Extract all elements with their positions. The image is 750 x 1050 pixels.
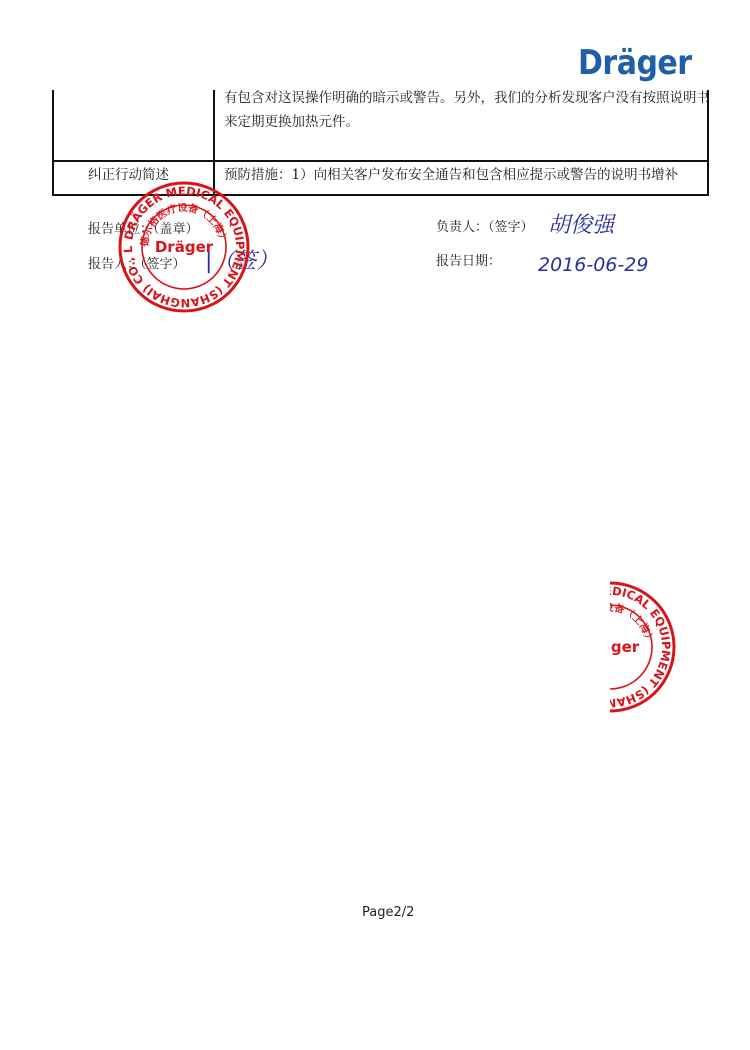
responsible-label: 负责人：（签字） <box>436 216 534 235</box>
row2-line1: 预防措施：1）向相关客户发布安全通告和包含相应提示或警告的说明书增补 <box>224 165 678 185</box>
drager-logo: Dräger <box>578 44 692 83</box>
report-date-value: 2016-06-29 <box>538 254 648 276</box>
table-row-divider <box>52 160 709 162</box>
svg-text:Dräger: Dräger <box>155 238 214 256</box>
row1-line1: 有包含对这误操作明确的暗示或警告。另外，我们的分析发现客户没有按照说明书 <box>224 88 710 108</box>
partial-seam-stamp: DRÄGER MEDICAL EQUIPMENT (SHANGHAI) CO.,… <box>610 560 750 740</box>
report-date-label: 报告日期： <box>436 250 501 269</box>
row1-line2: 来定期更换加热元件。 <box>224 112 359 132</box>
table-left-border <box>52 90 54 196</box>
responsible-signature: 胡俊强 <box>548 208 614 239</box>
svg-text:Dräger: Dräger <box>610 638 640 656</box>
page-number: Page2/2 <box>362 905 414 920</box>
company-stamp: DRÄGER MEDICAL EQUIPMENT (SHANGHAI) CO.,… <box>117 180 251 314</box>
